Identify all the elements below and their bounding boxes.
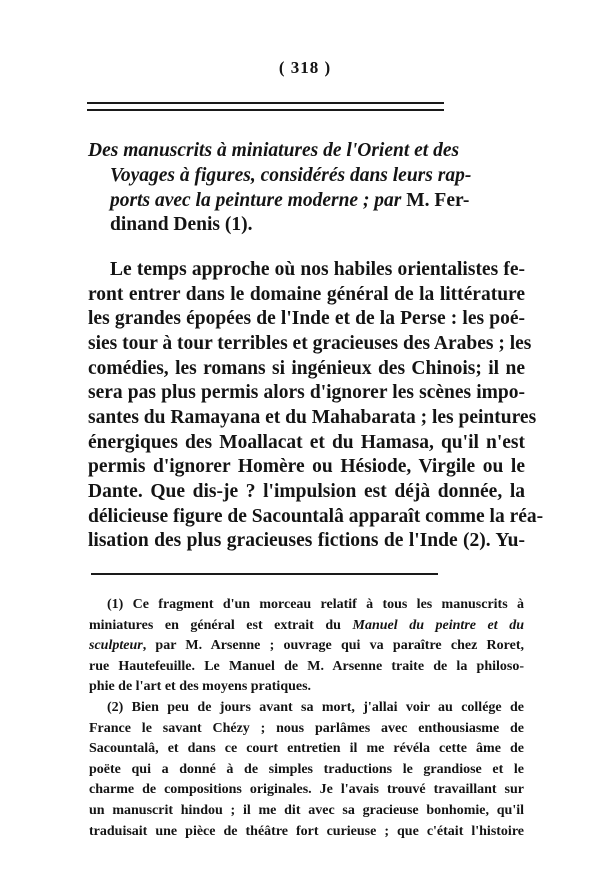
footnote-line: sculpteur, par M. Arsenne ; ouvrage qui … [89, 636, 524, 657]
footnote-text: France le savant Chézy ; nous parlâmes a… [89, 721, 524, 736]
footnote-text: poëte qui a donné à de simples traductio… [89, 762, 524, 777]
footnote-line: traduisait une pièce de théâtre fort cur… [89, 822, 524, 843]
footnote-text: , par M. Arsenne ; ouvrage qui va paraît… [143, 638, 524, 653]
title-roman: M. Fer- [401, 190, 469, 211]
footnote-text: un manuscrit hindou ; il me dit avec sa … [89, 803, 524, 818]
title-line: ports avec la peinture moderne ; par M. … [88, 189, 525, 214]
footnote-line: poëte qui a donné à de simples traductio… [89, 760, 524, 781]
footnote-italic: Manuel du peintre et du [353, 618, 524, 633]
body-line: ront entrer dans le domaine général de l… [88, 283, 525, 308]
body-line: sera pas plus permis alors d'ignorer les… [88, 381, 525, 406]
article-title: Des manuscrits à miniatures de l'Orient … [88, 139, 525, 238]
body-line: délicieuse figure de Sacountalâ apparaît… [88, 505, 525, 530]
page-number: ( 318 ) [0, 58, 610, 78]
title-italic: Voyages à figures, considérés dans leurs… [110, 165, 471, 186]
footnote-text: charme de compositions originales. Je l'… [89, 782, 524, 797]
body-line: comédies, les romans si ingénieux des Ch… [88, 357, 525, 382]
footnotes: (1) Ce fragment d'un morceau relatif à t… [89, 595, 524, 842]
title-line: Des manuscrits à miniatures de l'Orient … [88, 139, 525, 164]
body-paragraph: Le temps approche où nos habiles orienta… [88, 258, 525, 554]
footnote-line: (1) Ce fragment d'un morceau relatif à t… [89, 595, 524, 616]
footnote-text: (2) Bien peu de jours avant sa mort, j'a… [107, 700, 524, 715]
footnote-line: rue Hautefeuille. Le Manuel de M. Arsenn… [89, 657, 524, 678]
body-line: Dante. Que dis-je ? l'impulsion est déjà… [88, 480, 525, 505]
body-line: permis d'ignorer Homère ou Hésiode, Virg… [88, 455, 525, 480]
body-line: les grandes épopées de l'Inde et de la P… [88, 307, 525, 332]
footnote-line: France le savant Chézy ; nous parlâmes a… [89, 719, 524, 740]
footnote-text: (1) Ce fragment d'un morceau relatif à t… [107, 597, 524, 612]
footnote-line: phie de l'art et des moyens pratiques. [89, 677, 524, 698]
footnote-text: phie de l'art et des moyens pratiques. [89, 679, 311, 694]
body-line: Le temps approche où nos habiles orienta… [88, 258, 525, 283]
header-double-rule [87, 102, 444, 111]
body-line: santes du Ramayana et du Mahabarata ; le… [88, 406, 525, 431]
footnote-text: traduisait une pièce de théâtre fort cur… [89, 824, 524, 839]
footnote-line: un manuscrit hindou ; il me dit avec sa … [89, 801, 524, 822]
footnote-text: Sacountalâ, et dans ce court entretien i… [89, 741, 524, 756]
footnote-line: (2) Bien peu de jours avant sa mort, j'a… [89, 698, 524, 719]
body-line: sies tour à tour terribles et gracieuses… [88, 332, 525, 357]
body-line: énergiques des Moallacat et du Hamasa, q… [88, 431, 525, 456]
title-line: Voyages à figures, considérés dans leurs… [88, 164, 525, 189]
body-line: lisation des plus gracieuses fictions de… [88, 529, 525, 554]
footnote-line: charme de compositions originales. Je l'… [89, 780, 524, 801]
title-roman: dinand Denis (1). [110, 214, 253, 235]
footnote-line: Sacountalâ, et dans ce court entretien i… [89, 739, 524, 760]
title-italic: Des manuscrits à miniatures de l'Orient … [88, 140, 459, 161]
footnote-text: rue Hautefeuille. Le Manuel de M. Arsenn… [89, 659, 524, 674]
title-italic: ports avec la peinture moderne ; par [110, 190, 401, 211]
footnote-italic: sculpteur [89, 638, 143, 653]
title-line: dinand Denis (1). [88, 213, 525, 238]
footnote-text: miniatures en général est extrait du [89, 618, 353, 633]
footnote-separator-rule [91, 573, 438, 575]
footnote-line: miniatures en général est extrait du Man… [89, 616, 524, 637]
